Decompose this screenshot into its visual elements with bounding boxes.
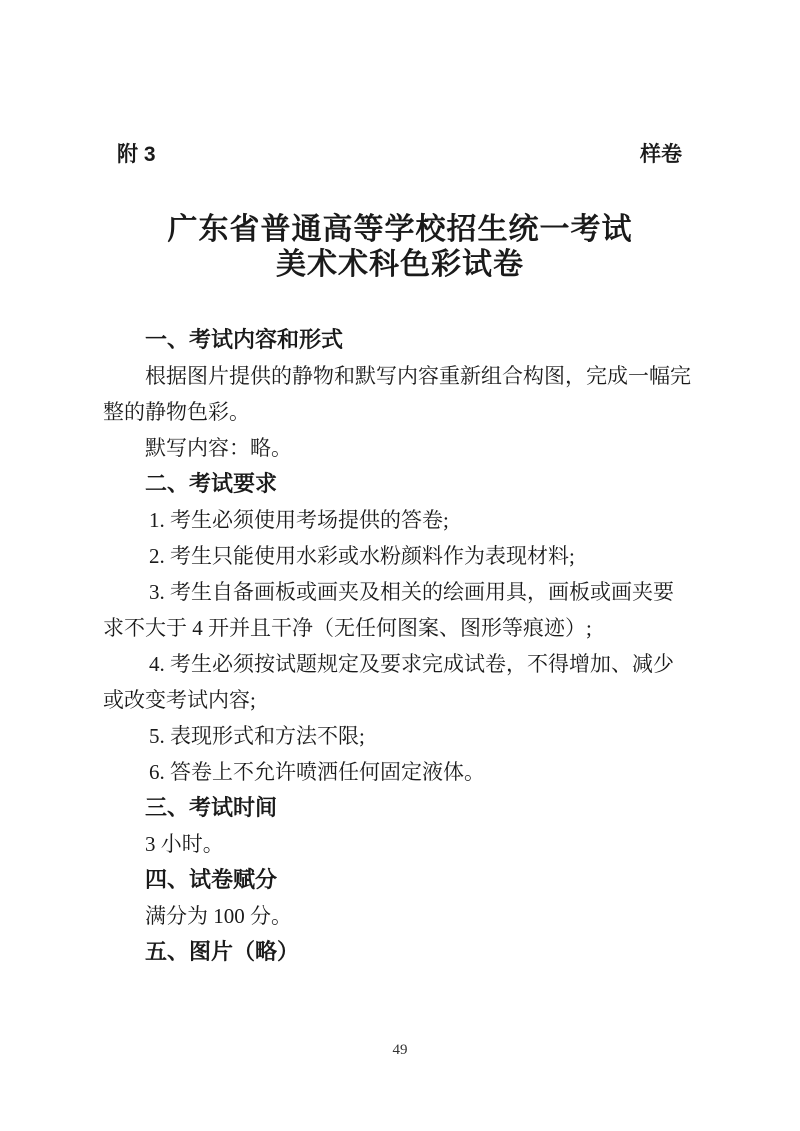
list-item-4-cont: 或改变考试内容; bbox=[103, 682, 702, 718]
list-item-3: 3. 考生自备画板或画夹及相关的绘画用具，画板或画夹要 bbox=[103, 574, 702, 610]
list-item-2: 2. 考生只能使用水彩或水粉颜料作为表现材料; bbox=[103, 538, 702, 574]
list-item-5: 5. 表现形式和方法不限; bbox=[103, 718, 702, 754]
document-page: 附 3 样卷 广东省普通高等学校招生统一考试 美术术科色彩试卷 一、考试内容和形… bbox=[0, 0, 800, 1131]
section-heading-5: 五、图片（略） bbox=[103, 934, 702, 970]
list-item-4: 4. 考生必须按试题规定及要求完成试卷，不得增加、减少 bbox=[103, 646, 702, 682]
document-title-line2: 美术术科色彩试卷 bbox=[0, 247, 800, 282]
document-title-line1: 广东省普通高等学校招生统一考试 bbox=[0, 212, 800, 247]
document-body: 一、考试内容和形式 根据图片提供的静物和默写内容重新组合构图，完成一幅完 整的静… bbox=[103, 322, 702, 970]
document-title: 广东省普通高等学校招生统一考试 美术术科色彩试卷 bbox=[0, 212, 800, 282]
list-item-3-cont: 求不大于 4 开并且干净（无任何图案、图形等痕迹）; bbox=[103, 610, 702, 646]
sample-paper-label: 样卷 bbox=[640, 142, 682, 168]
text-line: 默写内容：略。 bbox=[103, 430, 702, 466]
text-line: 3 小时。 bbox=[103, 826, 702, 862]
section-heading-3: 三、考试时间 bbox=[103, 790, 702, 826]
text-line: 满分为 100 分。 bbox=[103, 898, 702, 934]
attachment-label: 附 3 bbox=[117, 142, 156, 168]
list-item-6: 6. 答卷上不允许喷洒任何固定液体。 bbox=[103, 754, 702, 790]
list-item-1: 1. 考生必须使用考场提供的答卷; bbox=[103, 502, 702, 538]
page-header: 附 3 样卷 bbox=[117, 142, 682, 168]
section-heading-1: 一、考试内容和形式 bbox=[103, 322, 702, 358]
section-heading-4: 四、试卷赋分 bbox=[103, 862, 702, 898]
section-heading-2: 二、考试要求 bbox=[103, 466, 702, 502]
text-line: 整的静物色彩。 bbox=[103, 394, 702, 430]
page-number: 49 bbox=[0, 1042, 800, 1059]
text-line: 根据图片提供的静物和默写内容重新组合构图，完成一幅完 bbox=[103, 358, 702, 394]
